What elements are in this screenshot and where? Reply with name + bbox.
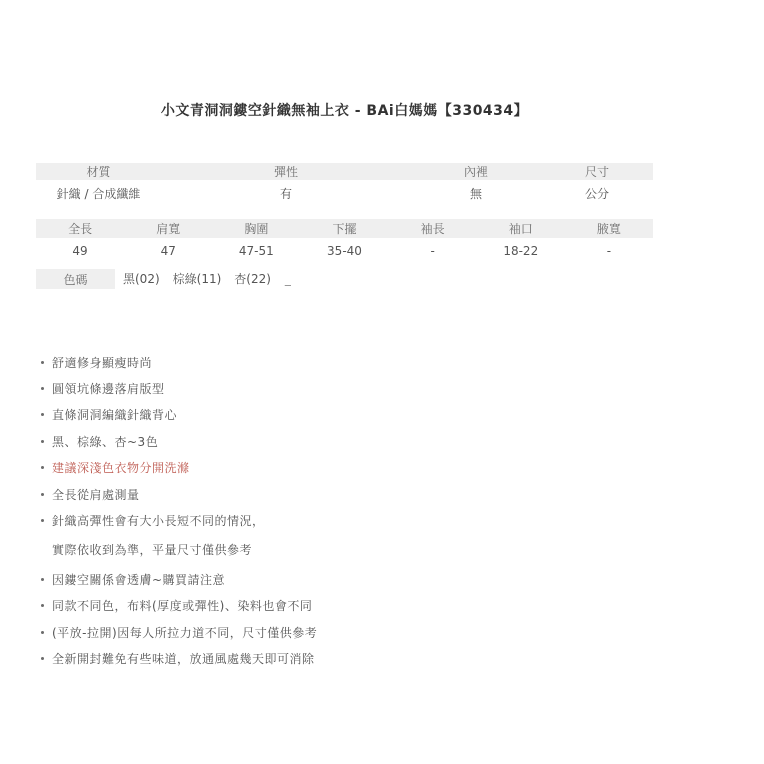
size-value-bust: 47-51 (212, 238, 300, 263)
bullet-icon (41, 466, 44, 469)
spec-value-lining: 無 (411, 180, 541, 207)
content-container: 小文青洞洞鏤空針織無袖上衣 - BAi白媽媽【330434】 材質 彈性 內裡 … (36, 0, 653, 672)
spec-header-unit: 尺寸 (541, 163, 653, 180)
size-header-hem: 下擺 (300, 219, 388, 238)
size-value-shoulder: 47 (124, 238, 212, 263)
size-header-sleeve-length: 袖長 (389, 219, 477, 238)
bullet-icon (41, 493, 44, 496)
feature-item: 全長從肩處測量 (36, 481, 653, 507)
size-value-cuff: 18-22 (477, 238, 565, 263)
color-option-brown-green: 棕綠(11) (173, 269, 222, 289)
color-option-apricot: 杏(22) (234, 269, 271, 289)
spec-value-material: 針織 / 合成纖維 (36, 180, 161, 207)
spec-table: 材質 彈性 內裡 尺寸 針織 / 合成纖維 有 無 公分 (36, 163, 653, 207)
size-value-length: 49 (36, 238, 124, 263)
bullet-icon (41, 387, 44, 390)
feature-note: 實際依收到為準，平量尺寸僅供參考 (36, 537, 653, 563)
size-header-bust: 胸圍 (212, 219, 300, 238)
page-title: 小文青洞洞鏤空針織無袖上衣 - BAi白媽媽【330434】 (36, 101, 653, 121)
bullet-icon (41, 657, 44, 660)
size-header-armpit: 腋寬 (565, 219, 653, 238)
spec-value-elasticity: 有 (161, 180, 411, 207)
size-header-row: 全長 肩寬 胸圍 下擺 袖長 袖口 腋寬 (36, 219, 653, 238)
size-header-cuff: 袖口 (477, 219, 565, 238)
spec-header-row: 材質 彈性 內裡 尺寸 (36, 163, 653, 180)
feature-item: 直條洞洞編織針織背心 (36, 402, 653, 428)
feature-item: 全新開封難免有些味道，放通風處幾天即可消除 (36, 645, 653, 671)
size-value-sleeve-length: - (389, 238, 477, 263)
bullet-icon (41, 604, 44, 607)
size-value-armpit: - (565, 238, 653, 263)
bullet-icon (41, 440, 44, 443)
feature-item: 針織高彈性會有大小長短不同的情況， (36, 507, 653, 533)
spec-header-lining: 內裡 (411, 163, 541, 180)
color-code-suffix: _ (285, 269, 291, 289)
feature-item: 黑、棕綠、杏~3色 (36, 428, 653, 454)
feature-item: 因鏤空關係會透膚~購買請注意 (36, 566, 653, 592)
feature-item: 圓領坑條邊落肩版型 (36, 375, 653, 401)
product-detail-page: { "page": { "title": "小文青洞洞鏤空針織無袖上衣 - BA… (0, 0, 764, 764)
size-header-shoulder: 肩寬 (124, 219, 212, 238)
bullet-icon (41, 361, 44, 364)
color-code-label: 色碼 (36, 269, 115, 289)
spec-header-material: 材質 (36, 163, 161, 180)
feature-item: (平放-拉開)因每人所拉力道不同，尺寸僅供參考 (36, 619, 653, 645)
color-code-row: 色碼 黑(02) 棕綠(11) 杏(22) _ (36, 269, 653, 289)
spec-value-row: 針織 / 合成纖維 有 無 公分 (36, 180, 653, 207)
size-header-length: 全長 (36, 219, 124, 238)
feature-item-wash-warning: 建議深淺色衣物分開洗滌 (36, 455, 653, 481)
bullet-icon (41, 631, 44, 634)
bullet-icon (41, 519, 44, 522)
size-value-row: 49 47 47-51 35-40 - 18-22 - (36, 238, 653, 263)
spec-value-unit: 公分 (541, 180, 653, 207)
size-value-hem: 35-40 (300, 238, 388, 263)
bullet-icon (41, 413, 44, 416)
bullet-icon (41, 578, 44, 581)
spec-header-elasticity: 彈性 (161, 163, 411, 180)
color-option-black: 黑(02) (123, 269, 160, 289)
feature-list: 舒適修身顯瘦時尚 圓領坑條邊落肩版型 直條洞洞編織針織背心 黑、棕綠、杏~3色 … (36, 349, 653, 672)
feature-item: 舒適修身顯瘦時尚 (36, 349, 653, 375)
feature-item: 同款不同色，布料(厚度或彈性)、染料也會不同 (36, 593, 653, 619)
size-table: 全長 肩寬 胸圍 下擺 袖長 袖口 腋寬 49 47 47-51 35-40 -… (36, 219, 653, 263)
